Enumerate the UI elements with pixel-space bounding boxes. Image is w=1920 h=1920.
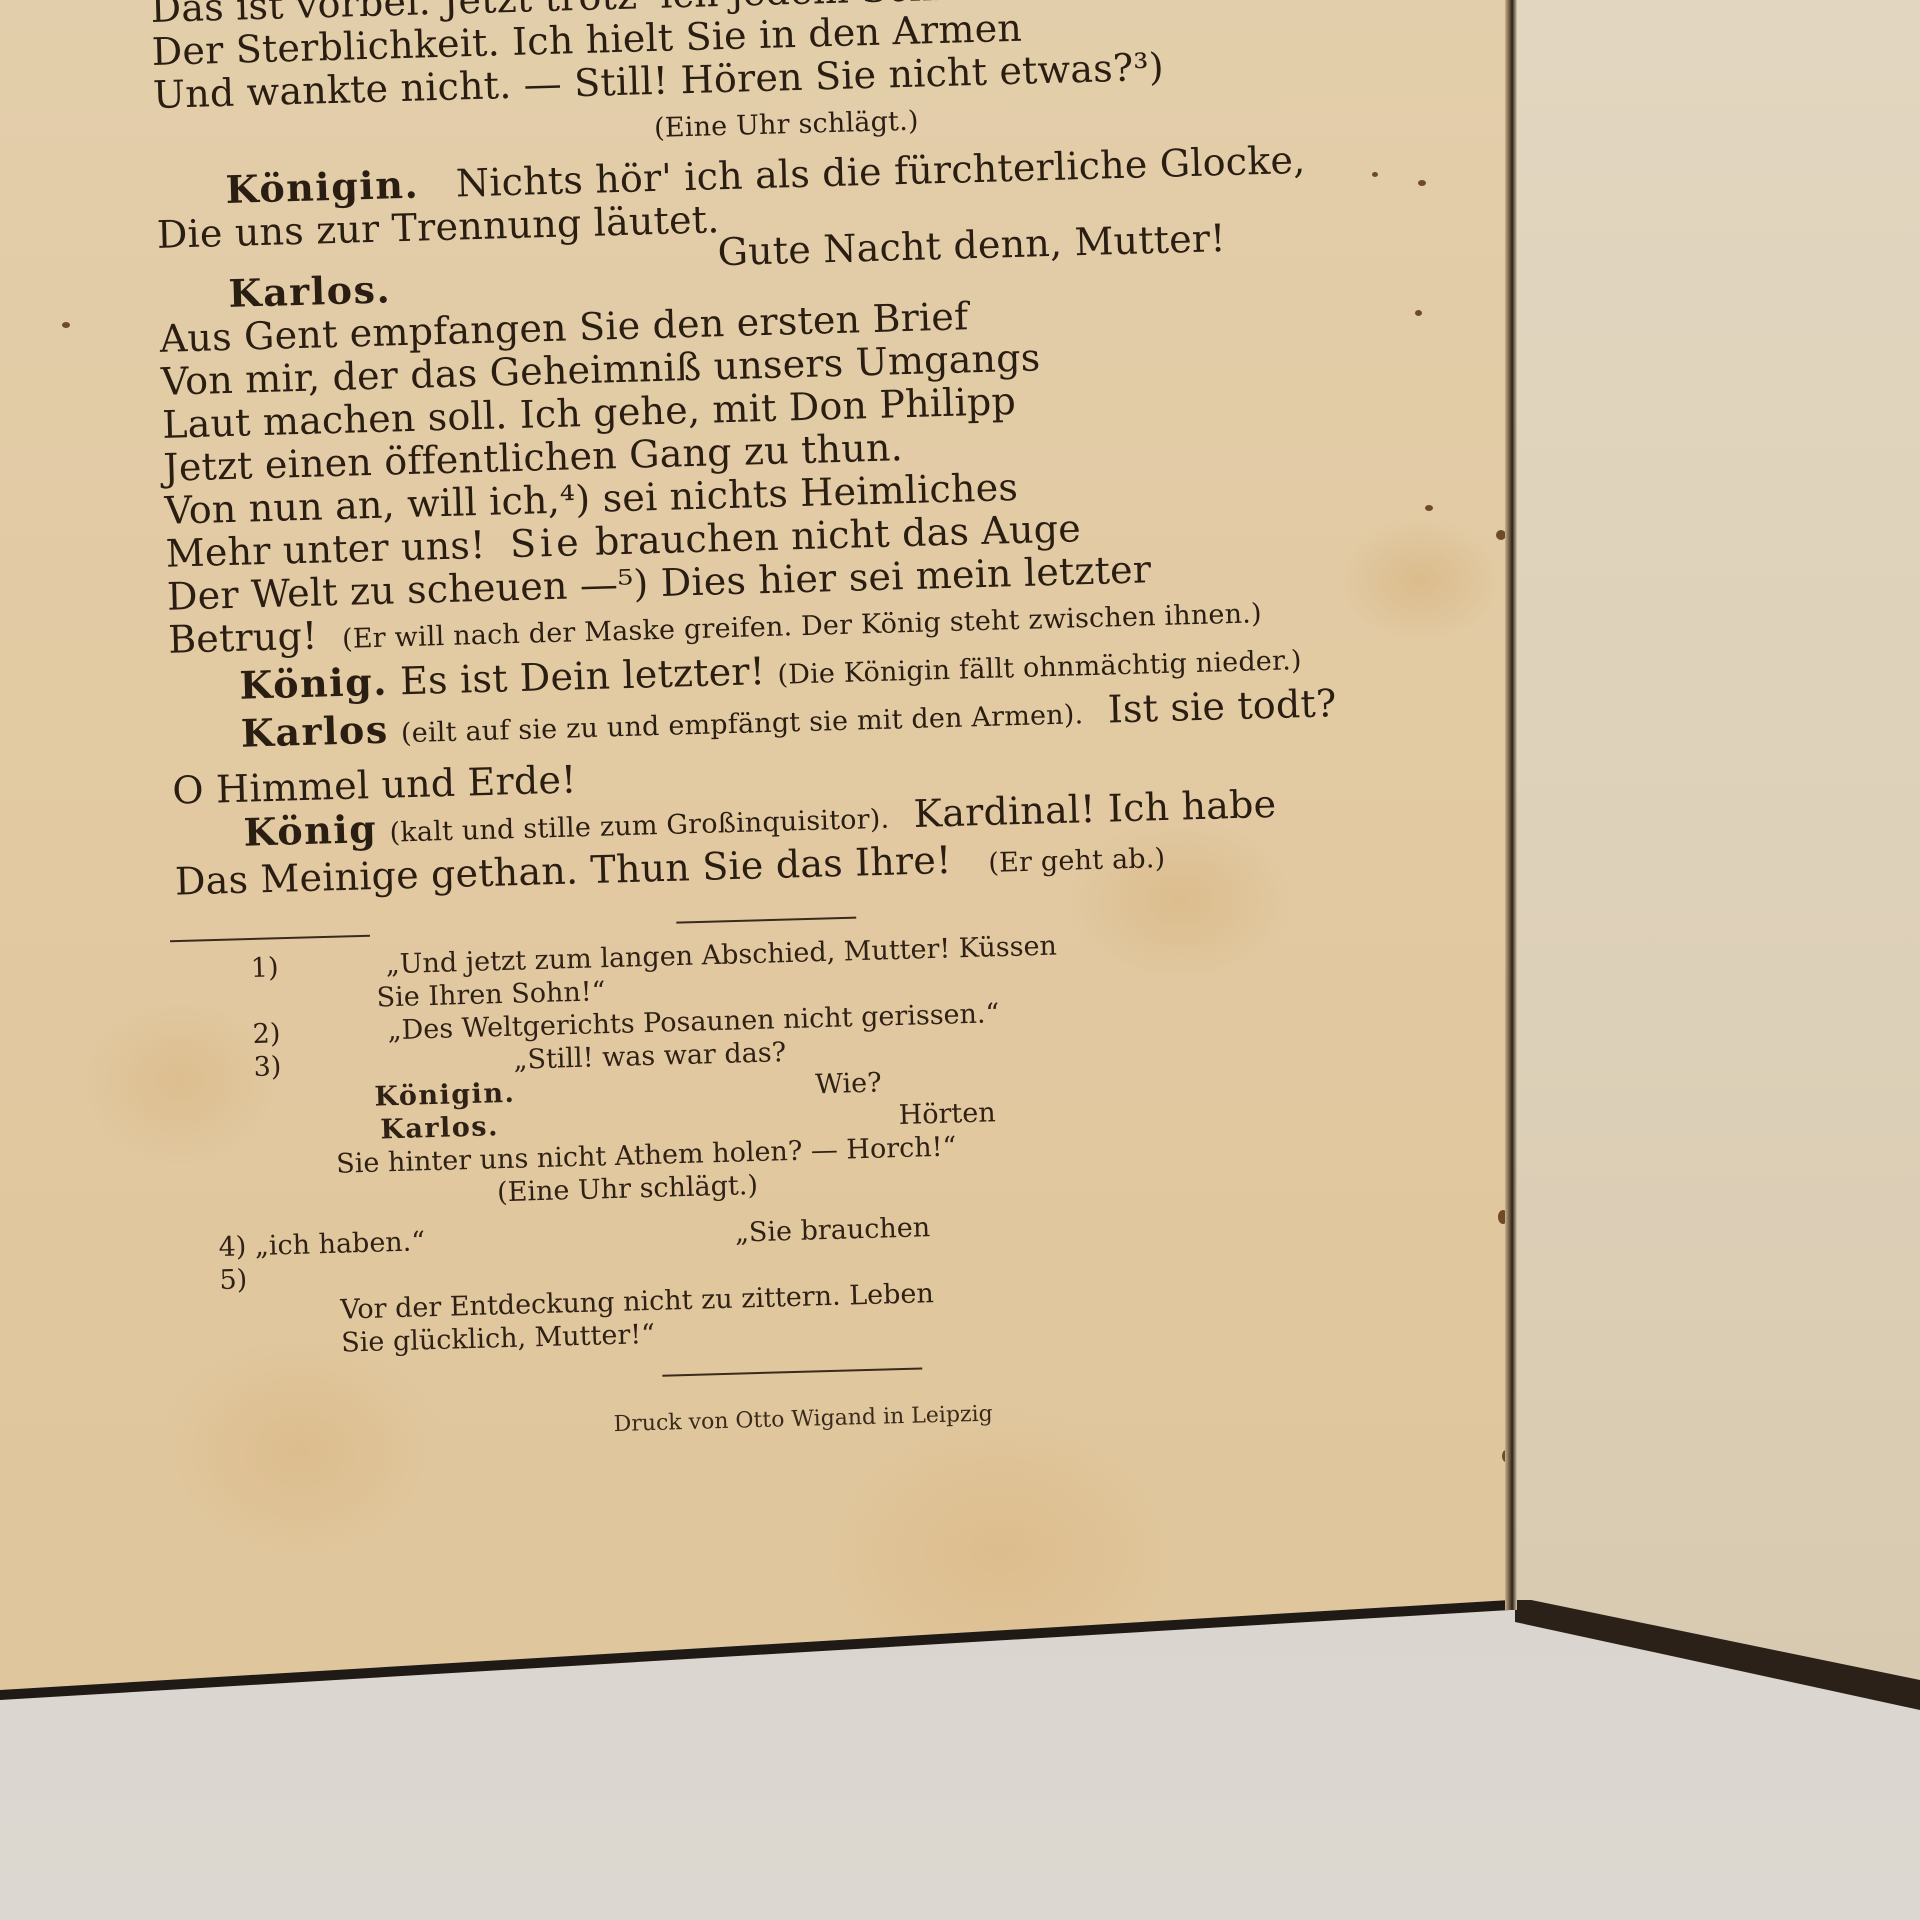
footnotes-block: 1)„Und jetzt zum langen Abschied, Mutter… [180,912,1194,1453]
printer-rule [662,1367,922,1376]
stage-direction: (eilt auf sie zu und empfängt sie mit de… [401,699,1084,749]
footnote-text: Sie glücklich, Mutter!“ [341,1319,655,1359]
footnote-number: 4) [218,1231,247,1263]
speaker-name: Königin. [225,162,420,212]
stage-direction: (Er geht ab.) [988,843,1166,879]
foxing-spot [1425,505,1433,511]
footnote-number: 2) [182,1016,313,1053]
stage-direction: (Eine Uhr schlägt.) [497,1170,759,1208]
speaker-name: König [243,806,378,855]
book-gutter [1505,0,1517,1610]
footnote-number: 3) [183,1049,314,1086]
verse-line: Es ist Dein letzter! [400,649,766,703]
speaker-name: Karlos [240,707,389,756]
main-text-block: Das ist vorbei. Jetzt trotz' ich jedem S… [150,0,1416,938]
verse-line: Kardinal! Ich habe [913,782,1277,836]
speaker-name: Karlos. [228,266,392,316]
speaker-name: König. [239,659,389,708]
speaker-name: Karlos. [380,1111,499,1145]
footnote-number: 1) [180,950,311,987]
emphasis-word: Sie [509,520,583,566]
right-page-blank [1515,0,1920,1700]
verse-line: Ist sie todt? [1107,681,1337,731]
stage-direction: (Eine Uhr schlägt.) [654,106,919,144]
speaker-name: Königin. [374,1078,516,1113]
foxing-spot [1418,180,1426,186]
footnote-text: Sie Ihren Sohn!“ [376,976,606,1013]
footnote-number: 5) [219,1264,248,1296]
footnote-text: „ich haben.“ [254,1226,425,1262]
foxing-spot [62,322,70,328]
foxing-spot [1415,310,1422,316]
verse-line: Betrug! [168,614,318,662]
